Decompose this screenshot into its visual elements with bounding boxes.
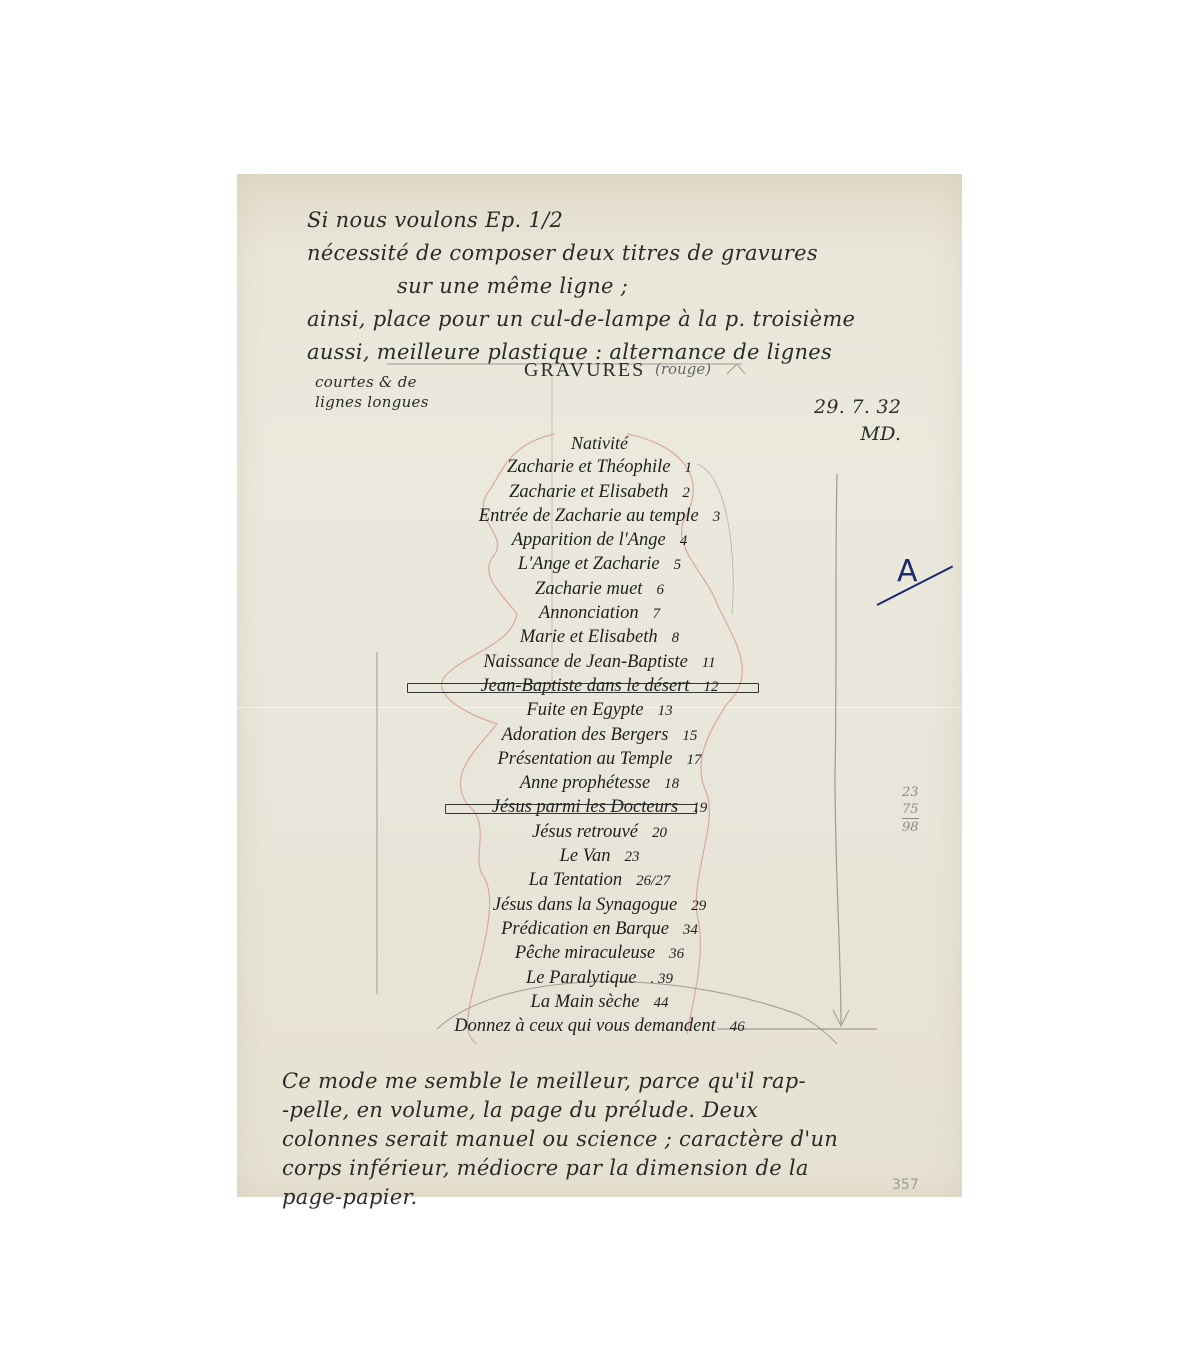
page-number: 357 [892, 1177, 919, 1193]
entry-page: 18 [664, 776, 679, 792]
note-line: courtes & de [315, 372, 429, 392]
page-title: GRAVURES [524, 359, 645, 382]
entry-page: 36 [669, 946, 684, 962]
entry-title: Donnez à ceux qui vous demandent [454, 1016, 716, 1036]
toc-heading: Nativité [237, 431, 962, 455]
toc-entry: Le Paralytique. 39 [237, 966, 962, 990]
toc-entry: Jean-Baptiste dans le désert12 [237, 674, 962, 698]
strike-through-mark [445, 804, 697, 814]
toc-entry: Fuite en Egypte13 [237, 698, 962, 722]
note-line: ainsi, place pour un cul-de-lampe à la p… [307, 303, 855, 336]
toc-entry: La Tentation26/27 [237, 868, 962, 892]
sum-term: 23 [902, 784, 919, 801]
toc-entry: Jésus dans la Synagogue29 [237, 893, 962, 917]
entry-page: 34 [683, 922, 698, 938]
entry-title: Jésus retrouvé [532, 822, 638, 842]
entry-page: 26/27 [636, 873, 670, 889]
toc-entry: Marie et Elisabeth8 [237, 625, 962, 649]
bottom-handwritten-note: Ce mode me semble le meilleur, parce qu'… [282, 1067, 838, 1212]
entry-page: 8 [672, 630, 680, 646]
note-line: Ce mode me semble le meilleur, parce qu'… [282, 1067, 838, 1096]
entry-page: 46 [730, 1019, 745, 1035]
entry-title: Annonciation [539, 603, 639, 623]
note-line: lignes longues [315, 392, 429, 412]
toc-entry: Annonciation7 [237, 601, 962, 625]
entry-page: 3 [713, 509, 721, 525]
entry-title: Prédication en Barque [501, 919, 669, 939]
note-line: sur une même ligne ; [307, 270, 855, 303]
entry-page: 23 [624, 849, 639, 865]
toc-entry: Adoration des Bergers15 [237, 723, 962, 747]
entry-title: La Main sèche [531, 992, 640, 1012]
toc-entry: Zacharie muet6 [237, 577, 962, 601]
entry-title: Jésus dans la Synagogue [493, 895, 677, 915]
note-line: nécessité de composer deux titres de gra… [307, 237, 855, 270]
entry-title: Marie et Elisabeth [520, 627, 658, 647]
entry-page: 7 [653, 606, 661, 622]
toc-entry: Pêche miraculeuse36 [237, 941, 962, 965]
toc-entry: Jésus retrouvé20 [237, 820, 962, 844]
sum-term: 75 [902, 801, 919, 818]
toc-entry: Naissance de Jean-Baptiste11 [237, 650, 962, 674]
toc-entry: Apparition de l'Ange4 [237, 528, 962, 552]
entry-title: Zacharie muet [535, 579, 642, 599]
toc-entry: Jésus parmi les Docteurs19 [237, 795, 962, 819]
entry-title: Fuite en Egypte [526, 700, 643, 720]
strike-through-mark [407, 683, 759, 693]
entry-page: 20 [652, 825, 667, 841]
entry-title: Apparition de l'Ange [512, 530, 666, 550]
toc-entry: Le Van23 [237, 844, 962, 868]
entry-title: Zacharie et Elisabeth [509, 482, 668, 502]
toc-entry: La Main sèche44 [237, 990, 962, 1014]
note-line: Si nous voulons Ep. 1/2 [307, 204, 855, 237]
entry-page: 17 [687, 752, 702, 768]
top-handwritten-note: Si nous voulons Ep. 1/2 nécessité de com… [307, 204, 855, 369]
title-annotation: (rouge) [655, 360, 711, 378]
toc-entry: Donnez à ceux qui vous demandent46 [237, 1014, 962, 1038]
toc-entry: Anne prophétesse18 [237, 771, 962, 795]
entry-title: Le Paralytique [526, 968, 636, 988]
note-line: corps inférieur, médiocre par la dimensi… [282, 1154, 838, 1183]
pencil-calculation: 23 75 98 [902, 784, 919, 836]
left-margin-note: courtes & de lignes longues [315, 372, 429, 412]
table-of-engravings: Nativité Zacharie et Théophile1Zacharie … [237, 431, 962, 1038]
entry-page: 15 [682, 728, 697, 744]
entry-page: 1 [684, 460, 692, 476]
entry-title: Entrée de Zacharie au temple [479, 506, 699, 526]
toc-entry: L'Ange et Zacharie5 [237, 552, 962, 576]
entry-title: La Tentation [529, 870, 622, 890]
date: 29. 7. 32 [814, 394, 901, 421]
entry-title: Le Van [560, 846, 611, 866]
entry-page: . 39 [650, 971, 673, 987]
entry-title: Adoration des Bergers [502, 725, 669, 745]
entry-title: Naissance de Jean-Baptiste [483, 652, 687, 672]
entry-page: 4 [680, 533, 688, 549]
toc-entry: Zacharie et Elisabeth2 [237, 480, 962, 504]
entry-page: 6 [656, 582, 664, 598]
toc-entry: Zacharie et Théophile1 [237, 455, 962, 479]
toc-entry: Présentation au Temple17 [237, 747, 962, 771]
entry-page: 11 [702, 655, 716, 671]
note-line: page-papier. [282, 1183, 838, 1212]
manuscript-page: Si nous voulons Ep. 1/2 nécessité de com… [237, 174, 962, 1197]
entry-title: Zacharie et Théophile [507, 457, 670, 477]
note-line: colonnes serait manuel ou science ; cara… [282, 1125, 838, 1154]
entry-page: 13 [658, 703, 673, 719]
toc-entry: Entrée de Zacharie au temple3 [237, 504, 962, 528]
note-line: -pelle, en volume, la page du prélude. D… [282, 1096, 838, 1125]
toc-entry: Prédication en Barque34 [237, 917, 962, 941]
entry-title: Pêche miraculeuse [515, 943, 655, 963]
entry-page: 29 [691, 898, 706, 914]
entry-title: L'Ange et Zacharie [518, 554, 660, 574]
entry-title: Anne prophétesse [520, 773, 650, 793]
entry-page: 2 [682, 485, 690, 501]
entry-page: 44 [653, 995, 668, 1011]
entry-title: Présentation au Temple [497, 749, 672, 769]
entry-page: 5 [674, 557, 682, 573]
sum-total: 98 [902, 818, 919, 836]
